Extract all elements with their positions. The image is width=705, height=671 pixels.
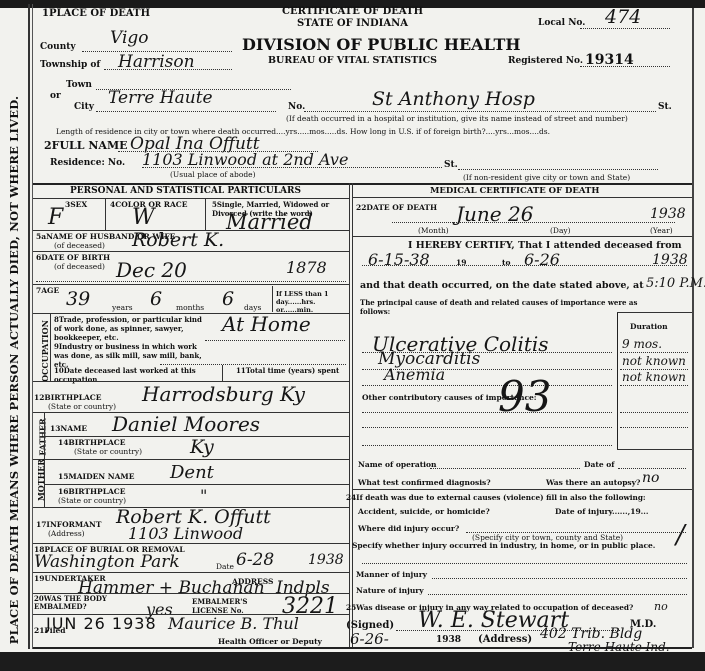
trade-line xyxy=(205,340,345,341)
abode-note: (Usual place of abode) xyxy=(170,170,256,179)
side-note: PLACE OF DEATH MEANS WHERE PERSON ACTUAL… xyxy=(2,90,26,650)
local-no-value: 474 xyxy=(605,6,641,28)
death-certificate: PLACE OF DEATH MEANS WHERE PERSON ACTUAL… xyxy=(0,0,705,652)
rule xyxy=(33,198,349,199)
check-mark: / xyxy=(676,520,685,550)
occupation-vertical-label: OCCUPATION xyxy=(40,320,50,382)
autopsy-value: no xyxy=(642,470,659,486)
trade-label: 8Trade, profession, or particular kind o… xyxy=(54,315,204,342)
manner-label: Manner of injury xyxy=(356,570,427,579)
bureau-title: BUREAU OF VITAL STATISTICS xyxy=(268,55,437,66)
local-no-line xyxy=(580,28,670,29)
rule xyxy=(33,284,349,285)
st-label: St. xyxy=(658,102,672,112)
operation-date-label: Date of xyxy=(584,460,614,469)
spouse-sub: (of deceased) xyxy=(54,241,105,250)
town-label: Town xyxy=(66,80,92,90)
mother-vertical-label: MOTHER xyxy=(36,459,46,501)
division-title: DIVISION OF PUBLIC HEALTH xyxy=(242,35,521,54)
rule xyxy=(432,578,687,579)
mother-bp-label: 16BIRTHPLACE xyxy=(58,487,125,496)
section-divider xyxy=(33,183,692,185)
rule xyxy=(618,468,686,469)
cause-duration: 9 mos. xyxy=(622,337,662,351)
frame-line-left-inner xyxy=(32,4,33,649)
dod-value: June 26 xyxy=(456,202,533,226)
injury-date-label: Date of injury......,19... xyxy=(555,507,649,516)
rule xyxy=(105,198,106,230)
personal-section-title: PERSONAL AND STATISTICAL PARTICULARS xyxy=(70,186,301,196)
burial-date-value: 6-28 xyxy=(236,550,274,570)
death-occurred-text: and that death occurred, on the date sta… xyxy=(360,280,644,291)
to-label: to xyxy=(502,258,510,267)
rule xyxy=(617,412,618,449)
day-label: (Day) xyxy=(550,226,571,235)
rule xyxy=(352,489,692,490)
dod-year: 1938 xyxy=(650,206,686,222)
registered-no-label: Registered No. xyxy=(508,56,583,66)
column-divider-2 xyxy=(352,183,353,649)
duration-label: Duration xyxy=(630,322,668,331)
residence-value: 1103 Linwood at 2nd Ave xyxy=(142,150,348,169)
mother-bp-sub: (State or country) xyxy=(58,496,126,505)
father-name-label: 13NAME xyxy=(50,424,87,433)
dod-label: 22DATE OF DEATH xyxy=(356,203,437,212)
father-bp-label: 14BIRTHPLACE xyxy=(58,438,125,447)
state-title: STATE OF INDIANA xyxy=(297,18,408,29)
rule xyxy=(617,312,692,313)
age-months: 6 xyxy=(150,288,162,310)
external-label: 24If death was due to external causes (v… xyxy=(346,493,646,502)
city-line xyxy=(96,111,276,112)
rule xyxy=(617,449,692,450)
trade-value: At Home xyxy=(222,312,311,336)
institution-line xyxy=(304,111,656,112)
mother-name-value: Dent xyxy=(170,462,214,483)
age-years: 39 xyxy=(66,288,90,310)
time-value: 5:10 P.M. xyxy=(646,276,705,291)
attended-from: 6-15-38 xyxy=(368,250,430,269)
dod-line xyxy=(392,222,675,223)
township-label: Township of xyxy=(40,60,100,70)
rule xyxy=(620,427,688,428)
birthplace-label: 12BIRTHPLACE xyxy=(34,393,101,402)
side-note-text: PLACE OF DEATH MEANS WHERE PERSON ACTUAL… xyxy=(7,96,21,644)
city-label: City xyxy=(74,102,94,112)
informant-sub: (Address) xyxy=(48,529,85,538)
code-mark: 93 xyxy=(498,372,551,421)
rule xyxy=(272,286,273,312)
cause-value: Anemia xyxy=(384,365,445,384)
father-name-value: Daniel Moores xyxy=(112,412,260,436)
days-label: days xyxy=(244,303,261,312)
informant-address: 1103 Linwood xyxy=(128,524,243,543)
nonresident-note: (If non-resident give city or town and S… xyxy=(463,173,630,182)
month-label: (Month) xyxy=(418,226,449,235)
duration-line xyxy=(620,385,688,386)
registered-no-value: 19314 xyxy=(585,52,634,68)
occupation-related-value: no xyxy=(654,600,668,613)
less-than-day: If LESS than 1 day......hrs. or......min… xyxy=(276,290,346,314)
months-label: months xyxy=(176,303,204,312)
mother-bp-value: " xyxy=(200,486,207,505)
dob-line xyxy=(36,281,346,282)
burial-value: Washington Park xyxy=(34,552,180,572)
county-label: County xyxy=(40,42,76,52)
race-value: W xyxy=(132,205,155,230)
rule xyxy=(620,412,688,413)
mother-name-label: 15MAIDEN NAME xyxy=(58,472,134,481)
attended-19: 19 xyxy=(456,258,466,267)
or-label: or xyxy=(50,91,61,101)
rule xyxy=(352,197,692,198)
address-label: (Address) xyxy=(478,634,532,645)
rule xyxy=(430,468,580,469)
cause-line xyxy=(362,385,612,386)
dob-sub: (of deceased) xyxy=(54,262,105,271)
rule xyxy=(362,445,612,446)
dob-month-day: Dec 20 xyxy=(116,258,187,282)
no-label: No. xyxy=(288,102,305,112)
rule xyxy=(33,251,349,252)
nature-label: Nature of injury xyxy=(356,586,424,595)
accident-label: Accident, suicide, or homicide? xyxy=(358,507,490,516)
township-value: Harrison xyxy=(118,52,195,72)
rule xyxy=(362,412,612,413)
medical-section-title: MEDICAL CERTIFICATE OF DEATH xyxy=(430,186,599,196)
spouse-value: Robert K. xyxy=(132,229,224,251)
principal-cause-label: The principal cause of death and related… xyxy=(360,298,640,316)
test-label: What test confirmed diagnosis? xyxy=(358,478,491,487)
father-bp-value: Ky xyxy=(190,436,214,458)
place-of-death-label: 1PLACE OF DEATH xyxy=(42,8,150,19)
where-label: Where did injury occur? xyxy=(358,524,459,533)
column-divider xyxy=(349,183,350,649)
rule xyxy=(33,459,349,460)
health-officer-label: Health Officer or Deputy xyxy=(218,637,322,646)
city-value: Terre Haute xyxy=(108,88,213,108)
informant-label: 17INFORMANT xyxy=(36,520,101,529)
residence-st-line xyxy=(458,169,658,170)
age-days: 6 xyxy=(222,288,234,310)
father-vertical-label: FATHER xyxy=(38,418,48,455)
total-time-label: 11Total time (years) spent xyxy=(236,366,346,375)
duration-line xyxy=(620,352,688,353)
industry-line xyxy=(160,364,346,365)
birthplace-sub: (State or country) xyxy=(48,402,116,411)
dob-year: 1878 xyxy=(286,258,327,277)
father-bp-sub: (State or country) xyxy=(74,447,142,456)
rule xyxy=(44,484,349,485)
dob-label: 6DATE OF BIRTH xyxy=(36,253,110,262)
attended-year: 1938 xyxy=(652,252,688,268)
signed-year: 1938 xyxy=(436,635,461,645)
age-label: 7AGE xyxy=(36,286,59,295)
certificate-title: CERTIFICATE OF DEATH xyxy=(282,6,423,17)
scan-border-bottom xyxy=(0,652,705,671)
license-label: EMBALMER'S LICENSE No. xyxy=(192,597,272,615)
institution-note: (If death occurred in a hospital or inst… xyxy=(286,114,628,123)
institution-value: St Anthony Hosp xyxy=(372,88,535,110)
residence-label: Residence: No. xyxy=(50,158,125,168)
filed-stamp: JUN 26 1938 xyxy=(46,614,157,633)
signed-date: 6-26- xyxy=(350,630,389,648)
rule xyxy=(428,594,687,595)
years-label: years xyxy=(112,303,133,312)
rule xyxy=(50,313,51,381)
attended-to: 6-26 xyxy=(524,250,560,269)
rule xyxy=(617,312,618,412)
undertaker-address-label: ADDRESS xyxy=(232,577,273,586)
rule xyxy=(222,365,223,381)
rule xyxy=(33,572,349,573)
frame-line-left xyxy=(28,4,30,649)
cause-duration: not known xyxy=(622,354,686,368)
rule xyxy=(362,563,687,564)
burial-year: 1938 xyxy=(308,552,344,568)
rule xyxy=(352,236,692,237)
year-label: (Year) xyxy=(650,226,673,235)
burial-date-label: Date xyxy=(216,562,234,571)
health-officer-signature: Maurice B. Thul xyxy=(168,614,299,633)
rule xyxy=(33,543,349,544)
full-name-label: 2FULL NAME xyxy=(44,139,128,152)
cause-duration: not known xyxy=(622,370,686,384)
rule xyxy=(362,427,612,428)
local-no-label: Local No. xyxy=(538,18,585,28)
autopsy-label: Was there an autopsy? xyxy=(546,478,640,487)
specify-label: Specify whether injury occurred in indus… xyxy=(352,541,655,550)
sex-value: F xyxy=(48,205,63,230)
county-value: Vigo xyxy=(110,28,149,48)
rule xyxy=(205,198,206,230)
embalmed-label: 20WAS THE BODY EMBALMED? xyxy=(34,595,114,611)
birthplace-value: Harrodsburg Ky xyxy=(142,382,305,406)
residence-st-label: St. xyxy=(444,160,458,170)
sex-label: 3SEX xyxy=(65,200,87,209)
operation-label: Name of operation xyxy=(358,460,436,469)
frame-line-right xyxy=(692,8,694,648)
